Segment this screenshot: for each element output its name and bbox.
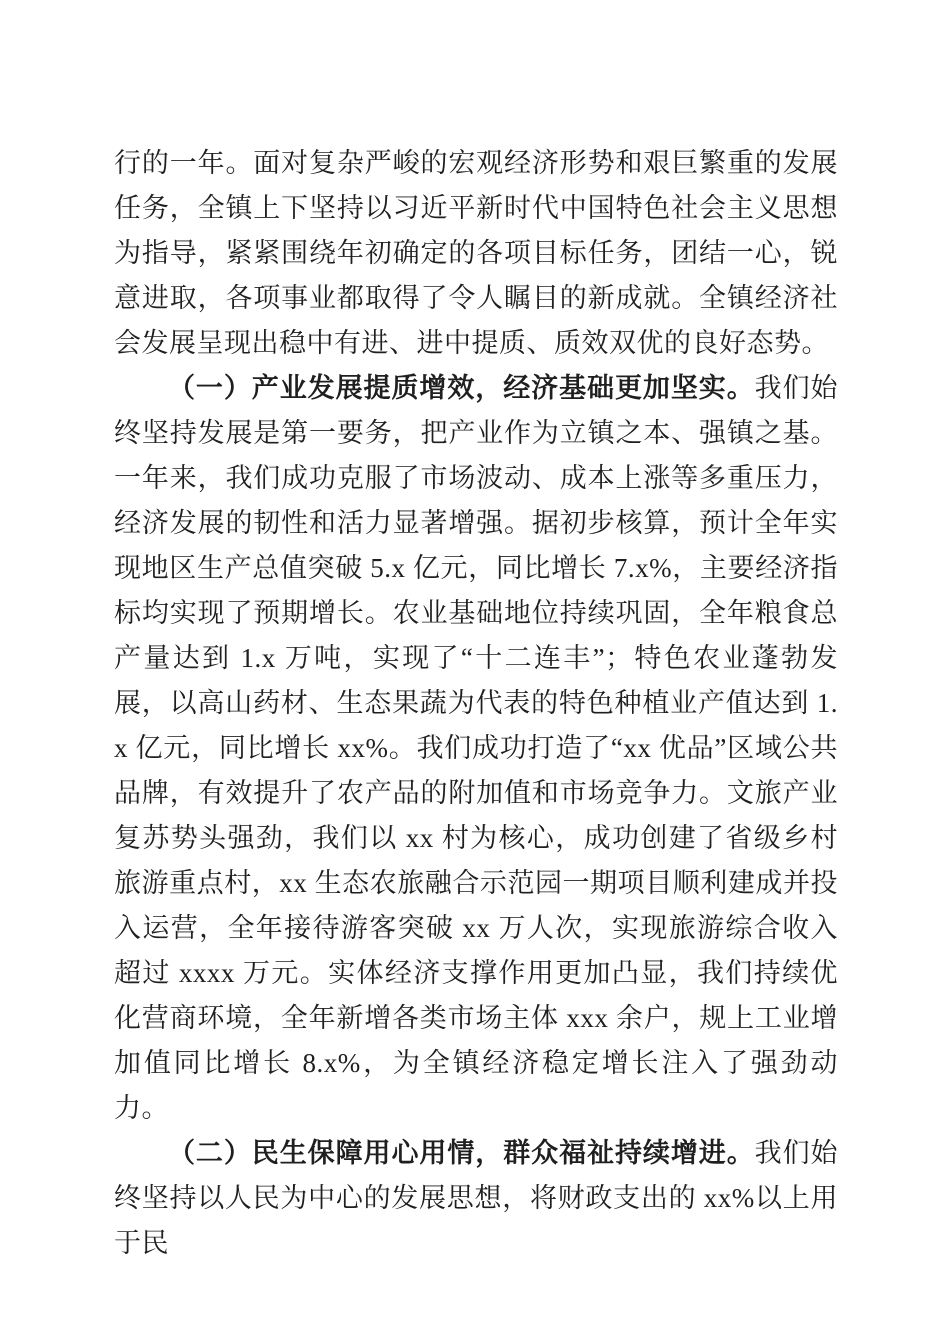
paragraph-section-1: （一）产业发展提质增效，经济基础更加坚实。我们始终坚持发展是第一要务，把产业作为… — [114, 366, 838, 1131]
section-2-heading: （二）民生保障用心用情，群众福祉持续增进。 — [168, 1138, 755, 1168]
document-text-block: 行的一年。面对复杂严峻的宏观经济形势和艰巨繁重的发展任务，全镇上下坚持以习近平新… — [114, 141, 838, 1266]
paragraph-section-2: （二）民生保障用心用情，群众福祉持续增进。我们始终坚持以人民为中心的发展思想，将… — [114, 1131, 838, 1266]
paragraph-text: 我们始终坚持发展是第一要务，把产业作为立镇之本、强镇之基。一年来，我们成功克服了… — [114, 373, 838, 1123]
document-page: 行的一年。面对复杂严峻的宏观经济形势和艰巨繁重的发展任务，全镇上下坚持以习近平新… — [0, 0, 950, 1344]
paragraph-continuation: 行的一年。面对复杂严峻的宏观经济形势和艰巨繁重的发展任务，全镇上下坚持以习近平新… — [114, 141, 838, 366]
paragraph-text: 行的一年。面对复杂严峻的宏观经济形势和艰巨繁重的发展任务，全镇上下坚持以习近平新… — [114, 148, 838, 358]
section-1-heading: （一）产业发展提质增效，经济基础更加坚实。 — [168, 373, 755, 403]
